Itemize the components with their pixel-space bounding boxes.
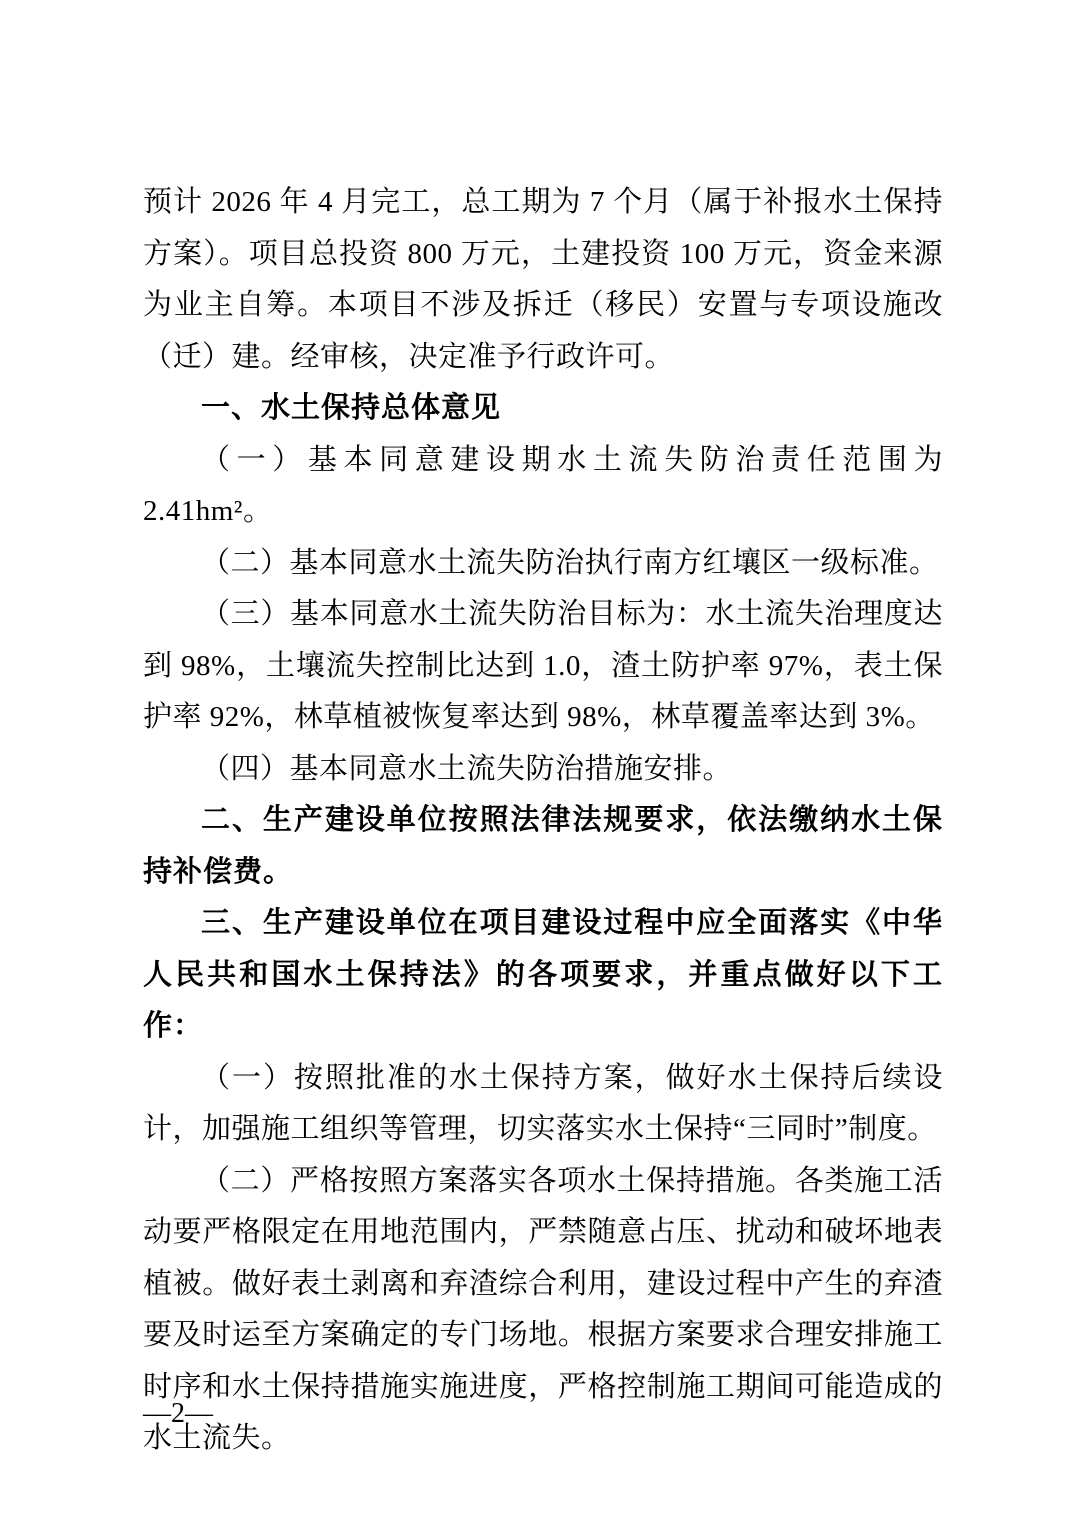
page-number: —2—	[143, 1398, 213, 1430]
paragraph-project-overview: 预计 2026 年 4 月完工，总工期为 7 个月（属于补报水土保持方案）。项目…	[143, 177, 943, 383]
section-1-heading: 一、水土保持总体意见	[143, 383, 943, 435]
section-1-item-2: （二）基本同意水土流失防治执行南方红壤区一级标准。	[143, 538, 943, 590]
section-2-heading: 二、生产建设单位按照法律法规要求，依法缴纳水土保持补偿费。	[143, 795, 943, 898]
document-body: 预计 2026 年 4 月完工，总工期为 7 个月（属于补报水土保持方案）。项目…	[143, 177, 943, 1465]
section-3-item-1: （一）按照批准的水土保持方案，做好水土保持后续设计，加强施工组织等管理，切实落实…	[143, 1053, 943, 1156]
section-3-item-2: （二）严格按照方案落实各项水土保持措施。各类施工活动要严格限定在用地范围内，严禁…	[143, 1156, 943, 1465]
section-1-item-4: （四）基本同意水土流失防治措施安排。	[143, 744, 943, 796]
section-3-heading: 三、生产建设单位在项目建设过程中应全面落实《中华人民共和国水土保持法》的各项要求…	[143, 898, 943, 1053]
section-1-item-3: （三）基本同意水土流失防治目标为：水土流失治理度达到 98%，土壤流失控制比达到…	[143, 589, 943, 744]
document-page: 预计 2026 年 4 月完工，总工期为 7 个月（属于补报水土保持方案）。项目…	[0, 0, 1074, 1520]
section-1-item-1: （一）基本同意建设期水土流失防治责任范围为 2.41hm²。	[143, 435, 943, 538]
